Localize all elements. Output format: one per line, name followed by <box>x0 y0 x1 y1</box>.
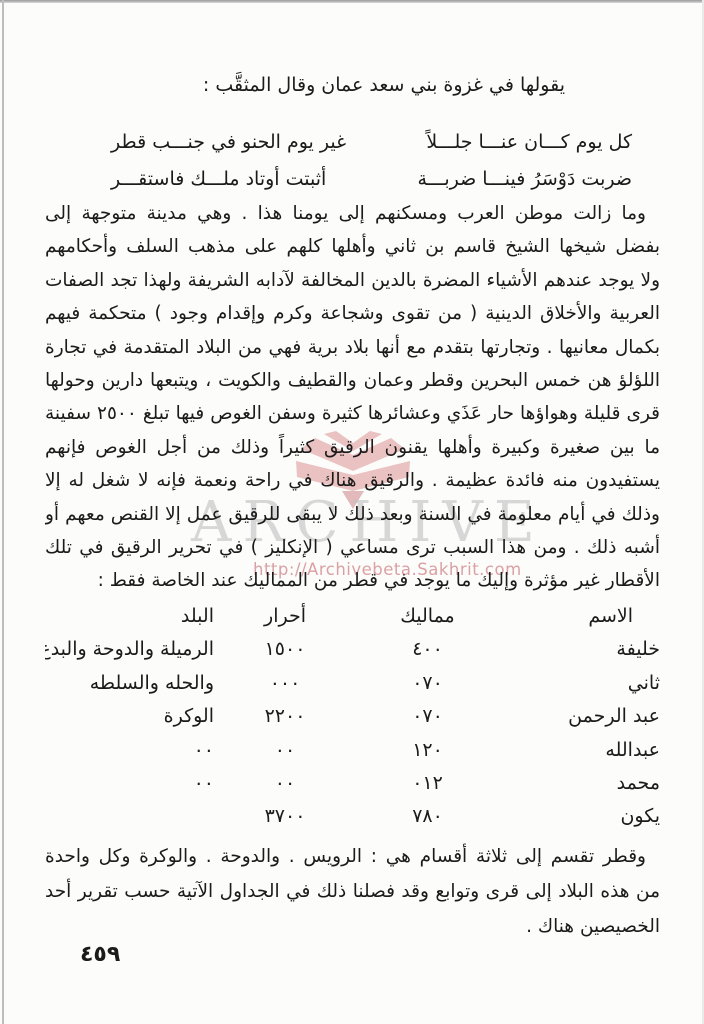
main-paragraph: وما زالت موطن العرب ومسكنهم إلى يومنا هذ… <box>45 197 660 598</box>
page-number: ٤٥٩ <box>80 942 120 967</box>
page-content: يقولها في غزوة بني سعد عمان وقال المثقَّ… <box>45 0 660 1024</box>
text-line: اللؤلؤ هن خمس البحرين وقطر وعمان والقطيف… <box>45 364 660 397</box>
poem-hemistich-left: أثبتت أوتاد ملـــك فاستقـــر <box>111 161 326 198</box>
text-line: وما زالت موطن العرب ومسكنهم إلى يومنا هذ… <box>45 197 660 230</box>
text-line: ما بين صغيرة وكبيرة وأهلها يقنون الرقيق … <box>45 431 660 464</box>
cell-mamluks: ٠١٢ <box>330 767 525 800</box>
table-row: ثاني ٠٧٠ ٠٠٠ والحله والسلطه <box>45 667 660 700</box>
cell-free: ٠٠٠ <box>240 667 330 700</box>
text-line: قرى قليلة وهواؤها حار عَذَي وعشائرها كثي… <box>45 397 660 430</box>
text-line: الأقطار غير مؤثرة وإليك ما يوجد في قطر م… <box>45 564 660 597</box>
cell-mamluks: ٠٧٠ <box>330 667 525 700</box>
header-name: الاسم <box>525 600 660 633</box>
table-row: عبد الرحمن ٠٧٠ ٢٢٠٠ الوكرة <box>45 700 660 733</box>
table-header-row: الاسم مماليك أحرار البلد <box>45 600 660 633</box>
cell-free: ٣٧٠٠ <box>240 800 330 833</box>
text-line: بكمال معانيها . وتجارتها بتقدم مع أنها ب… <box>45 331 660 364</box>
table-row-total: يكون ٧٨٠ ٣٧٠٠ <box>45 800 660 833</box>
mamluks-table: الاسم مماليك أحرار البلد خليفة ٤٠٠ ١٥٠٠ … <box>45 600 660 834</box>
cell-mamluks: ٤٠٠ <box>330 633 525 666</box>
table-row: خليفة ٤٠٠ ١٥٠٠ الرميلة والدوحة والبدع <box>45 633 660 666</box>
cell-country: ٠٠ <box>45 734 240 767</box>
text-line: وقطر تقسم إلى ثلاثة أقسام هي : الرويس . … <box>45 839 660 874</box>
header-mamluks: مماليك <box>330 600 525 633</box>
text-line: وذلك في أيام معلومة في السنة وبعد ذلك لا… <box>45 498 660 531</box>
cell-country: والحله والسلطه <box>45 667 240 700</box>
poem-hemistich-right: ضربت دَوْسَرُ فينـــا ضربـــة <box>417 161 632 198</box>
scanned-book-page: ARCHIVE http://Archivebeta.Sakhrit.com ي… <box>0 0 704 1024</box>
text-line: بفضل شيخها الشيخ قاسم بن ثاني وأهلها كله… <box>45 230 660 263</box>
cell-name: عبدالله <box>525 734 660 767</box>
poem-hemistich-right: كل يوم كـــان عنـــا جلـــلاً <box>426 124 632 161</box>
poem-block: كل يوم كـــان عنـــا جلـــلاً غير يوم ال… <box>111 124 632 198</box>
scan-edge-left <box>2 0 4 1024</box>
cell-name: يكون <box>525 800 660 833</box>
table-row: محمد ٠١٢ ٠٠ ٠٠ <box>45 767 660 800</box>
cell-country: ٠٠ <box>45 767 240 800</box>
cell-free: ٠٠ <box>240 734 330 767</box>
intro-line: يقولها في غزوة بني سعد عمان وقال المثقَّ… <box>45 74 565 96</box>
cell-name: عبد الرحمن <box>525 700 660 733</box>
cell-country: الوكرة <box>45 700 240 733</box>
text-line: ولا يوجد عندهم الأشياء المضرة بالدين الم… <box>45 264 660 297</box>
cell-name: محمد <box>525 767 660 800</box>
cell-free: ١٥٠٠ <box>240 633 330 666</box>
table-row: عبدالله ١٢٠ ٠٠ ٠٠ <box>45 734 660 767</box>
cell-free: ٠٠ <box>240 767 330 800</box>
text-line: الخصيصين هناك . <box>45 909 660 944</box>
cell-mamluks: ١٢٠ <box>330 734 525 767</box>
cell-free: ٢٢٠٠ <box>240 700 330 733</box>
poem-hemistich-left: غير يوم الحنو في جنـــب قطر <box>111 124 346 161</box>
text-line: يستفيدون منه فائدة عظيمة . والرقيق هناك … <box>45 464 660 497</box>
cell-country <box>45 800 240 833</box>
header-country: البلد <box>45 600 240 633</box>
cell-mamluks: ٧٨٠ <box>330 800 525 833</box>
cell-name: ثاني <box>525 667 660 700</box>
cell-name: خليفة <box>525 633 660 666</box>
poem-line: ضربت دَوْسَرُ فينـــا ضربـــة أثبتت أوتا… <box>111 161 632 198</box>
text-line: العربية والأخلاق الدينية ( من تقوى وشجاع… <box>45 297 660 330</box>
cell-mamluks: ٠٧٠ <box>330 700 525 733</box>
header-free: أحرار <box>240 600 330 633</box>
cell-country: الرميلة والدوحة والبدع <box>45 633 240 666</box>
text-line: من هذه البلاد إلى قرى وتوابع وقد فصلنا ذ… <box>45 874 660 909</box>
text-line: أشبه ذلك . ومن هذا السبب ترى مساعي ( الإ… <box>45 531 660 564</box>
poem-line: كل يوم كـــان عنـــا جلـــلاً غير يوم ال… <box>111 124 632 161</box>
qatar-paragraph: وقطر تقسم إلى ثلاثة أقسام هي : الرويس . … <box>45 839 660 944</box>
